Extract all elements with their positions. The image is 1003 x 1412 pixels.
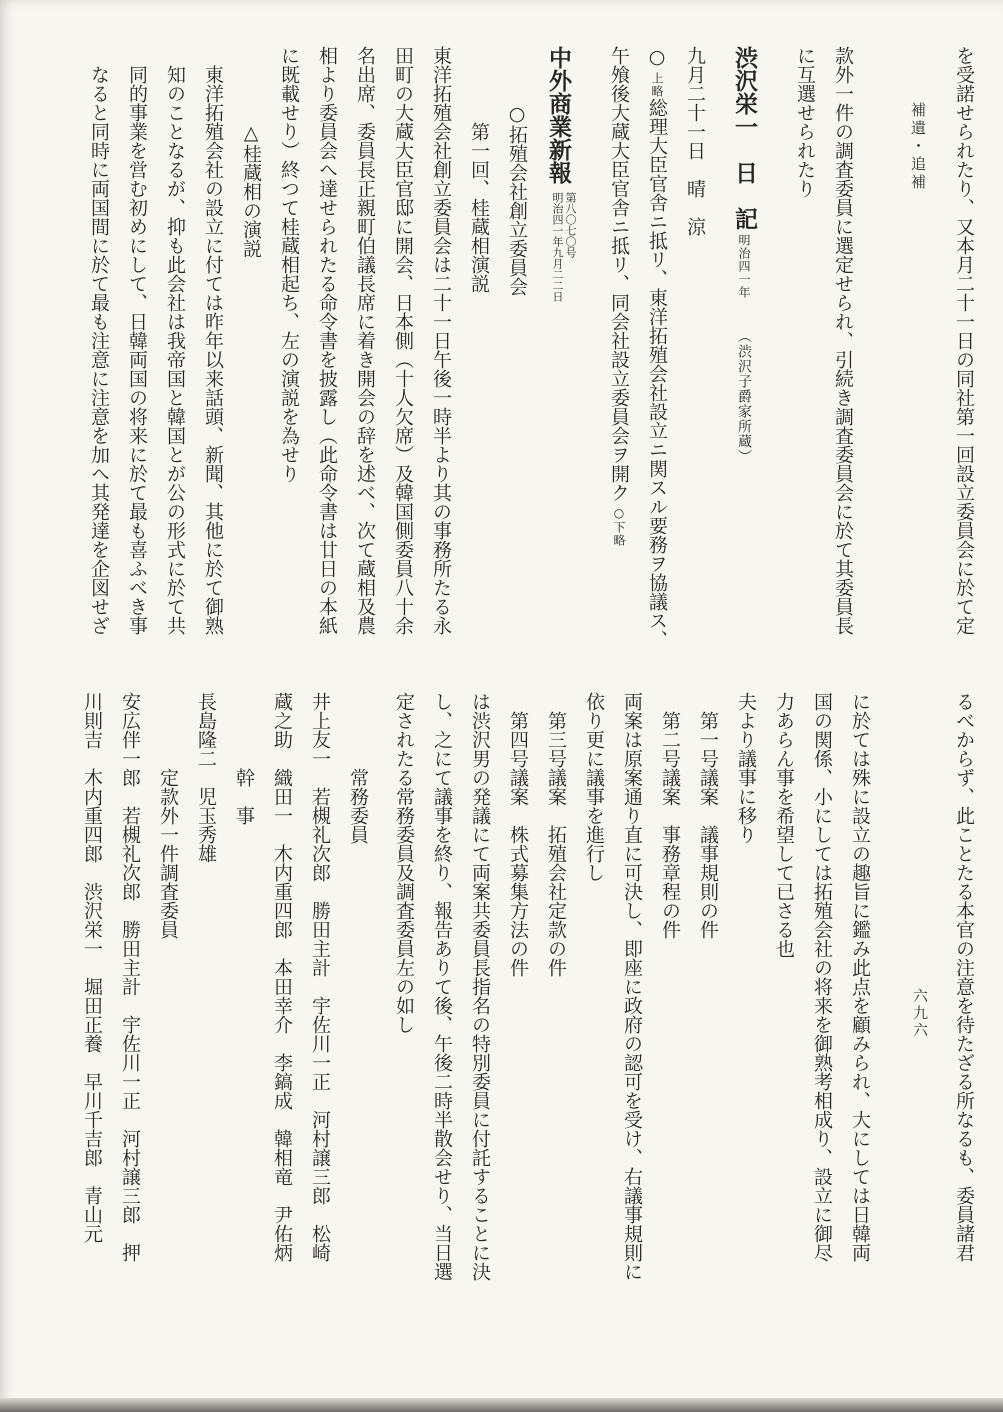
text-segment: 東洋拓殖会社の設立に付ては昨年以来話頭、新聞、其他に於て御熟 xyxy=(202,46,224,635)
text-segment: 両案は原案通り直に可決し、即座に政府の認可を受け、右議事規則に xyxy=(621,692,643,1281)
text-segment: に既載せり）終つて桂蔵相起ち、左の演説を為せり xyxy=(278,46,300,483)
text-segment: 同的事業を営む初めにして、日韓両国の将来に於て最も喜ふべき事 xyxy=(126,46,148,635)
text-segment: ○拓殖会社創立委員会 xyxy=(506,46,528,296)
text-segment: 国の関係、小にしては拓殖会社の将来を御熟考相成り、設立に御尽 xyxy=(811,692,833,1262)
body-line: 夫より議事に移り xyxy=(727,692,765,1312)
body-line: 田町の大蔵大臣官邸に開会、日本側（十人欠席）及韓国側委員八十余 xyxy=(384,46,422,666)
text-segment: 東洋拓殖会社創立委員会は二十一日午後一時半より其の事務所たる永 xyxy=(430,46,452,635)
text-segment: 長島隆二 児玉秀雄 xyxy=(195,692,217,863)
text-segment: 相より委員会へ達せられたる命令書を披露し（此命令書は廿日の本紙 xyxy=(316,46,338,635)
agenda-line: 第二号議案 事務章程の件 xyxy=(651,692,689,1312)
text-segment: 第四号議案 株式募集方法の件 xyxy=(507,692,529,977)
agenda-line: 第一号議案 議事規則の件 xyxy=(689,692,727,1312)
body-line: 定されたる常務委員及調査委員左の如し xyxy=(385,692,423,1312)
section-heading: 幹 事 xyxy=(225,692,263,1312)
section-heading: 第一回、桂蔵相演説 xyxy=(460,46,498,666)
text-segment: ○ xyxy=(646,46,668,68)
section-heading: ○拓殖会社創立委員会 xyxy=(498,46,536,666)
scanned-book-page: 補遺・追補 六九六 を受諾せられたり、又本月二十一日の同社第一回設立委員会に於て… xyxy=(0,0,1003,1412)
text-segment: 款外一件の調査委員に選定せられ、引続き調査委員会に於て其委員長 xyxy=(832,46,854,635)
body-line: 午飧後大蔵大臣官舎ニ抵リ、同会社設立委員会ヲ開ク○下略 xyxy=(600,46,638,666)
name-list-line: 蔵之助 織田一 木内重四郎 本田幸介 李鎬成 韓相竜 尹佑炳 xyxy=(263,692,301,1312)
text-segment: に互選せられたり xyxy=(794,46,816,198)
text-segment: し、之にて議事を終り、報告ありて後、午後二時半散会せり、当日選 xyxy=(431,692,453,1281)
body-line: るべからず、此ことたる本官の注意を待たざる所なるも、委員諸君 xyxy=(945,692,983,1312)
body-line: に於ては殊に設立の趣旨に鑑み此点を顧みられ、大にしては日韓両 xyxy=(841,692,879,1312)
text-segment: 第三号議案 拓殖会社定款の件 xyxy=(545,692,567,977)
body-line: 国の関係、小にしては拓殖会社の将来を御熟考相成り、設立に御尽 xyxy=(803,692,841,1312)
body-line: に既載せり）終つて桂蔵相起ち、左の演説を為せり xyxy=(270,46,308,666)
body-line: 依り更に議事を進行し xyxy=(575,692,613,1312)
scan-edge-shadow xyxy=(0,1398,1003,1412)
body-line: 名出席、委員長正親町伯議長席に着き開会の辞を述べ、次て蔵相及農 xyxy=(346,46,384,666)
bottom-text-block: るべからず、此ことたる本官の注意を待たざる所なるも、委員諸君に於ては殊に設立の趣… xyxy=(73,692,983,1312)
body-line: に互選せられたり xyxy=(786,46,824,666)
section-heading: 常務委員 xyxy=(339,692,377,1312)
body-line: 知のことなるが、抑も此会社は我帝国と韓国とが公の形式に於て共 xyxy=(156,46,194,666)
text-segment: 定されたる常務委員及調査委員左の如し xyxy=(393,692,415,1034)
agenda-line: 第三号議案 拓殖会社定款の件 xyxy=(537,692,575,1312)
name-list-line: 長島隆二 児玉秀雄 xyxy=(187,692,225,1312)
date-line: 九月二十一日 晴 涼 xyxy=(676,46,714,666)
section-heading: △桂蔵相の演説 xyxy=(232,46,270,666)
text-segment: 中外商業新報 xyxy=(545,46,572,184)
name-list-line: 井上友一 若槻礼次郎 勝田主計 宇佐川一正 河村譲三郎 松崎 xyxy=(301,692,339,1312)
text-segment: 九月二十一日 晴 涼 xyxy=(684,46,706,236)
text-segment: 常務委員 xyxy=(347,692,369,844)
top-text-block: を受諾せられたり、又本月二十一日の同社第一回設立委員会に於て定款外一件の調査委員… xyxy=(80,46,983,666)
body-line: 東洋拓殖会社の設立に付ては昨年以来話頭、新聞、其他に於て御熟 xyxy=(194,46,232,666)
text-segment: ○下略 xyxy=(612,506,626,547)
text-segment: 定款外一件調査委員 xyxy=(157,692,179,939)
text-segment: 名出席、委員長正親町伯議長席に着き開会の辞を述べ、次て蔵相及農 xyxy=(354,46,376,635)
diary-title-line: 渋沢栄一 日 記明治四一年（渋沢子爵家所蔵） xyxy=(722,46,766,666)
text-segment: なると同時に両国間に於て最も注意に注意を加へ其発達を企図せざ xyxy=(88,46,110,635)
body-line: 款外一件の調査委員に選定せられ、引続き調査委員会に於て其委員長 xyxy=(824,46,862,666)
name-list-line: 安広伴一郎 若槻礼次郎 勝田主計 宇佐川一正 河村譲三郎 押 xyxy=(111,692,149,1312)
body-line: なると同時に両国間に於て最も注意に注意を加へ其発達を企図せざ xyxy=(80,46,118,666)
text-segment: 渋沢栄一 日 記 xyxy=(731,46,758,230)
body-line: 相より委員会へ達せられたる命令書を披露し（此命令書は廿日の本紙 xyxy=(308,46,346,666)
body-line: 力あらん事を希望して已さる也 xyxy=(765,692,803,1312)
text-segment: 井上友一 若槻礼次郎 勝田主計 宇佐川一正 河村譲三郎 松崎 xyxy=(309,692,331,1262)
body-line: し、之にて議事を終り、報告ありて後、午後二時半散会せり、当日選 xyxy=(423,692,461,1312)
section-heading: 定款外一件調査委員 xyxy=(149,692,187,1312)
text-segment: 第一号議案 議事規則の件 xyxy=(697,692,719,939)
text-segment: （渋沢子爵家所蔵） xyxy=(736,329,752,464)
body-line: は渋沢男の発議にて両案共委員長指名の特別委員に付託することに決 xyxy=(461,692,499,1312)
text-segment: 明治四一年 xyxy=(737,234,751,299)
inline-issue-note: 第八〇七〇号明治四一年九月二二日 xyxy=(551,192,577,302)
text-segment: 第一回、桂蔵相演説 xyxy=(468,46,490,293)
text-segment: は渋沢男の発議にて両案共委員長指名の特別委員に付託することに決 xyxy=(469,692,491,1281)
text-segment: 川則吉 木内重四郎 渋沢栄一 堀田正養 早川千吉郎 青山元 xyxy=(81,692,103,1243)
name-list-line: 川則吉 木内重四郎 渋沢栄一 堀田正養 早川千吉郎 青山元 xyxy=(73,692,111,1312)
text-segment: △桂蔵相の演説 xyxy=(240,46,262,258)
text-segment: 力あらん事を希望して已さる也 xyxy=(773,692,795,958)
agenda-line: 第四号議案 株式募集方法の件 xyxy=(499,692,537,1312)
text-segment: 第二号議案 事務章程の件 xyxy=(659,692,681,939)
body-line: を受諾せられたり、又本月二十一日の同社第一回設立委員会に於て定 xyxy=(945,46,983,666)
body-line: ○上略総理大臣官舎ニ抵リ、東洋拓殖会社設立ニ関スル要務ヲ協議ス、 xyxy=(638,46,676,666)
text-segment: 安広伴一郎 若槻礼次郎 勝田主計 宇佐川一正 河村譲三郎 押 xyxy=(119,692,141,1262)
newspaper-title-line: 中外商業新報第八〇七〇号明治四一年九月二二日 xyxy=(536,46,580,666)
text-segment: 午飧後大蔵大臣官舎ニ抵リ、同会社設立委員会ヲ開ク xyxy=(608,46,630,502)
text-segment: を受諾せられたり、又本月二十一日の同社第一回設立委員会に於て定 xyxy=(953,46,975,635)
text-segment: 総理大臣官舎ニ抵リ、東洋拓殖会社設立ニ関スル要務ヲ協議ス、 xyxy=(646,98,668,649)
text-segment: 蔵之助 織田一 木内重四郎 本田幸介 李鎬成 韓相竜 尹佑炳 xyxy=(271,692,293,1262)
text-segment: 夫より議事に移り xyxy=(735,692,757,844)
body-line: 両案は原案通り直に可決し、即座に政府の認可を受け、右議事規則に xyxy=(613,692,651,1312)
text-segment: 知のことなるが、抑も此会社は我帝国と韓国とが公の形式に於て共 xyxy=(164,46,186,635)
text-segment: 幹 事 xyxy=(233,692,255,825)
text-segment: 依り更に議事を進行し xyxy=(583,692,605,882)
body-line: 同的事業を営む初めにして、日韓両国の将来に於て最も喜ふべき事 xyxy=(118,46,156,666)
text-segment: 上略 xyxy=(650,72,664,98)
body-line: 東洋拓殖会社創立委員会は二十一日午後一時半より其の事務所たる永 xyxy=(422,46,460,666)
text-segment: るべからず、此ことたる本官の注意を待たざる所なるも、委員諸君 xyxy=(953,692,975,1262)
text-segment: に於ては殊に設立の趣旨に鑑み此点を顧みられ、大にしては日韓両 xyxy=(849,692,871,1262)
text-segment: 田町の大蔵大臣官邸に開会、日本側（十人欠席）及韓国側委員八十余 xyxy=(392,46,414,635)
